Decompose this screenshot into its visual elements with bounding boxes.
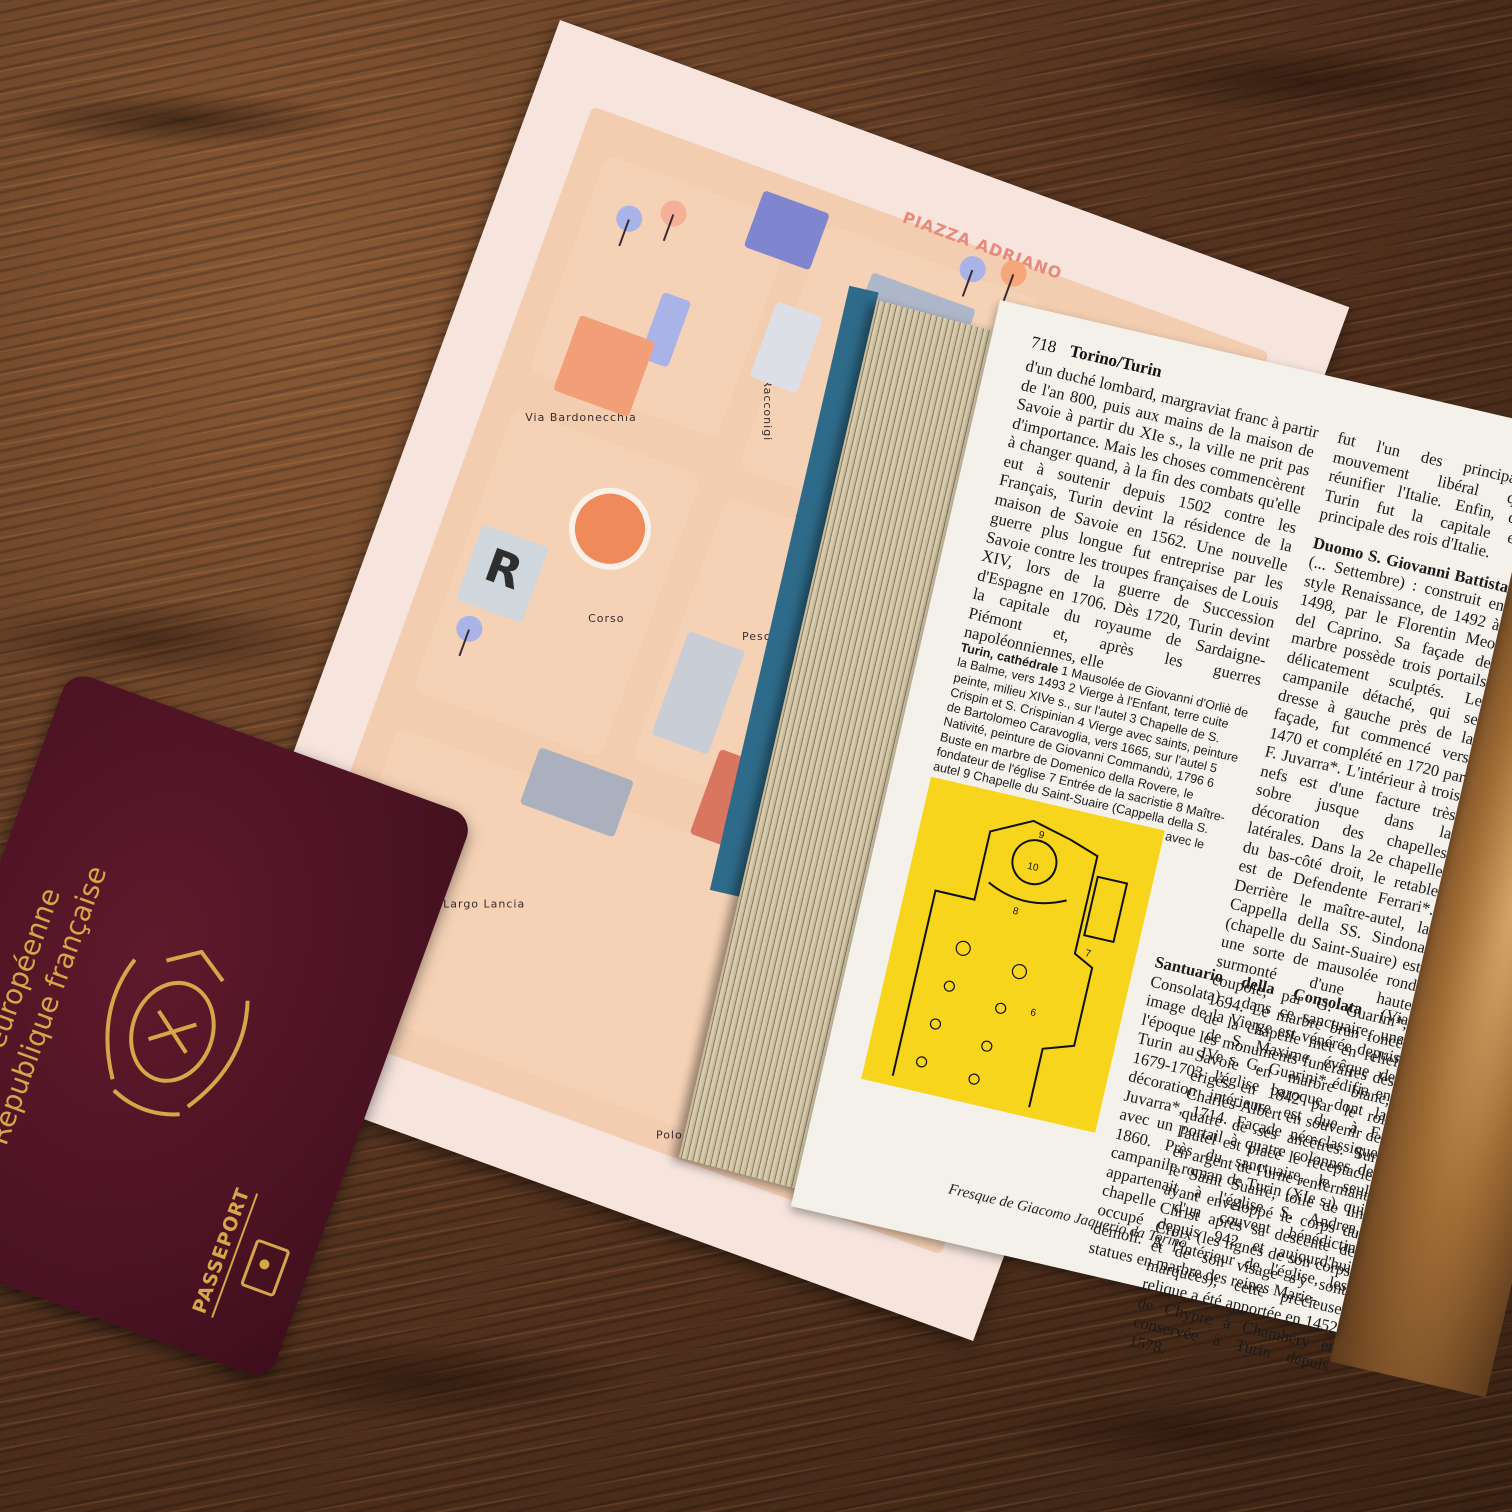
passport-label: PASSEPORT xyxy=(189,1185,259,1318)
svg-text:6: 6 xyxy=(1029,1007,1037,1019)
svg-text:8: 8 xyxy=(1012,906,1020,918)
cathedral-floor-plan: 6 7 8 9 10 xyxy=(861,777,1165,1133)
coat-of-arms-icon xyxy=(55,912,289,1152)
street-corso: Corso xyxy=(588,612,624,625)
page-number: 718 xyxy=(1029,332,1058,356)
biometric-chip-icon xyxy=(240,1238,291,1297)
svg-text:9: 9 xyxy=(1037,830,1045,842)
svg-text:10: 10 xyxy=(1026,861,1040,874)
street-largo-lancia: Largo Lancia xyxy=(443,897,525,910)
svg-text:7: 7 xyxy=(1084,948,1092,960)
floor-plan-drawing: 6 7 8 9 10 xyxy=(861,777,1165,1133)
